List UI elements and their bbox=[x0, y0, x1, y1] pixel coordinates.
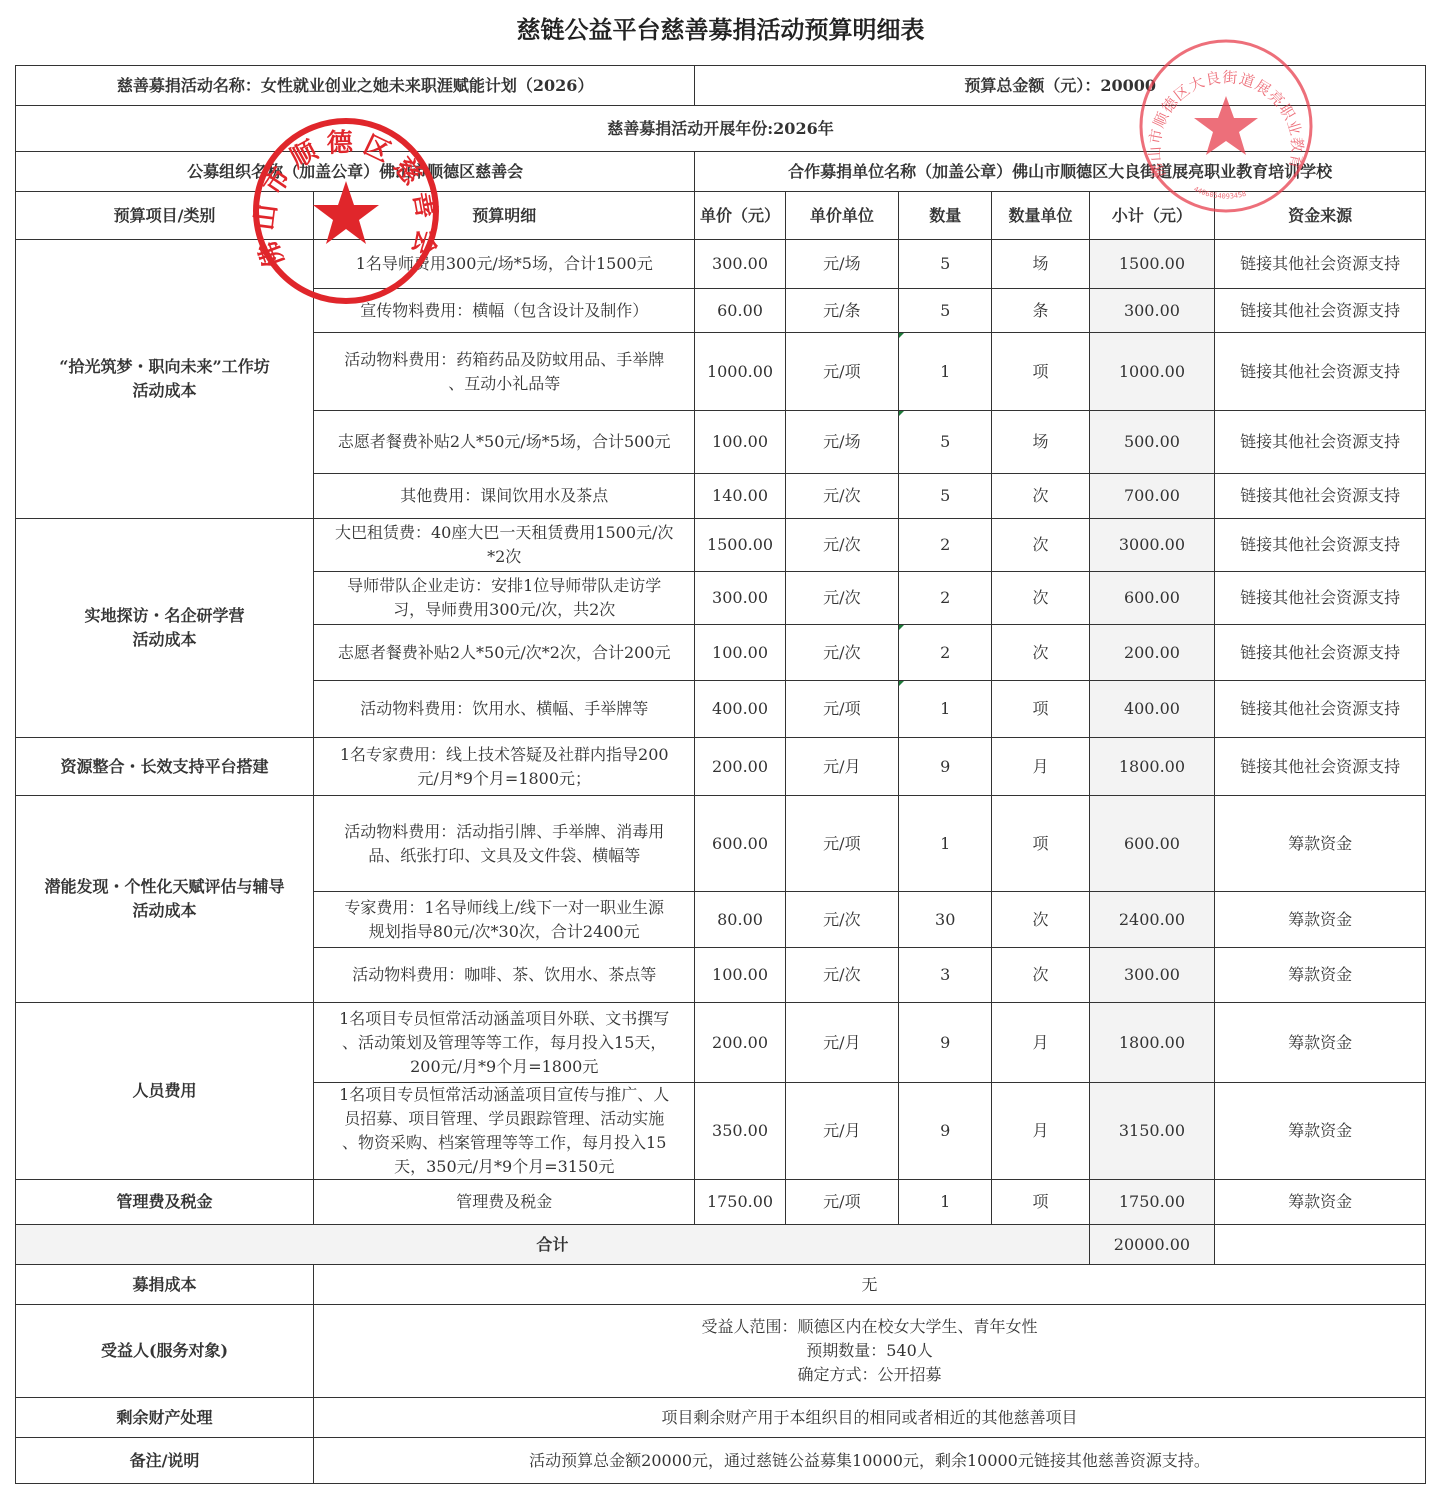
unit-price: 100.00 bbox=[695, 411, 785, 474]
subtotal-value: 400.00 bbox=[1124, 699, 1180, 718]
subtotal: 500.00 bbox=[1089, 411, 1214, 474]
text-line: 天，350元/月*9个月=3150元 bbox=[318, 1155, 690, 1179]
text-line: 200元/月*9个月=1800元 bbox=[318, 1055, 690, 1079]
column-header: 单价（元） bbox=[695, 192, 785, 240]
price-unit: 元/项 bbox=[785, 333, 898, 411]
text-line: 活动物料费用：活动指引牌、手举牌、消毒用 bbox=[318, 820, 690, 844]
quantity-value: 1 bbox=[940, 699, 950, 718]
quantity: 9 bbox=[899, 1083, 992, 1180]
budget-detail: 活动物料费用：饮用水、横幅、手举牌等 bbox=[314, 681, 695, 738]
fund-source: 链接其他社会资源支持 bbox=[1215, 681, 1426, 738]
budget-category: 管理费及税金 bbox=[16, 1180, 314, 1225]
price-unit: 元/场 bbox=[785, 411, 898, 474]
text-line: 、物资采购、档案管理等等工作，每月投入15 bbox=[318, 1131, 690, 1155]
price-unit: 元/场 bbox=[785, 240, 898, 289]
unit-price: 80.00 bbox=[695, 892, 785, 948]
text-line: 员招募、项目管理、学员跟踪管理、活动实施 bbox=[318, 1107, 690, 1131]
price-unit-value: 元/场 bbox=[823, 432, 860, 451]
unit-price-value: 300.00 bbox=[712, 254, 768, 273]
quantity-value: 3 bbox=[940, 965, 950, 984]
quantity-unit: 次 bbox=[992, 519, 1089, 572]
text-line: 导师带队企业走访：安排1位导师带队走访学 bbox=[318, 574, 690, 598]
budget-detail: 专家费用：1名导师线上/线下一对一职业生源规划指导80元/次*30次，合计240… bbox=[314, 892, 695, 948]
fund-source-value: 链接其他社会资源支持 bbox=[1240, 486, 1400, 505]
price-unit-value: 元/次 bbox=[823, 910, 860, 929]
footer-row: 受益人(服务对象)受益人范围：顺德区内在校女大学生、青年女性预期数量：540人确… bbox=[16, 1305, 1426, 1398]
unit-price: 400.00 bbox=[695, 681, 785, 738]
footer-label: 受益人(服务对象) bbox=[16, 1305, 314, 1398]
budget-detail: 宣传物料费用：横幅（包含设计及制作） bbox=[314, 289, 695, 333]
unit-price: 1500.00 bbox=[695, 519, 785, 572]
unit-price: 1750.00 bbox=[695, 1180, 785, 1225]
quantity-unit-value: 项 bbox=[1033, 834, 1049, 853]
quantity-value: 2 bbox=[940, 588, 950, 607]
unit-price-value: 1500.00 bbox=[707, 535, 773, 554]
price-unit: 元/次 bbox=[785, 625, 898, 681]
partner-name: 合作募捐单位名称（加盖公章）佛山市顺德区大良街道展亮职业教育培训学校 bbox=[695, 152, 1426, 192]
quantity: 5 bbox=[899, 474, 992, 519]
budget-detail: 大巴租赁费：40座大巴一天租赁费用1500元/次*2次 bbox=[314, 519, 695, 572]
footer-label: 剩余财产处理 bbox=[16, 1398, 314, 1438]
total-empty bbox=[1215, 1225, 1426, 1265]
quantity-unit: 条 bbox=[992, 289, 1089, 333]
subtotal-value: 1800.00 bbox=[1119, 757, 1185, 776]
fund-source: 筹款资金 bbox=[1215, 1003, 1426, 1083]
budget-category: 人员费用 bbox=[16, 1003, 314, 1180]
price-unit: 元/条 bbox=[785, 289, 898, 333]
footer-value: 项目剩余财产用于本组织目的相同或者相近的其他慈善项目 bbox=[314, 1398, 1426, 1438]
subtotal-value: 1750.00 bbox=[1119, 1192, 1185, 1211]
quantity-unit-value: 月 bbox=[1033, 1033, 1049, 1052]
price-unit-value: 元/次 bbox=[823, 486, 860, 505]
quantity-value: 5 bbox=[940, 486, 950, 505]
quantity-value: 5 bbox=[940, 301, 950, 320]
quantity-unit-value: 场 bbox=[1033, 432, 1049, 451]
budget-category: 潜能发现・个性化天赋评估与辅导活动成本 bbox=[16, 796, 314, 1003]
price-unit-value: 元/条 bbox=[823, 301, 860, 320]
quantity-unit: 次 bbox=[992, 625, 1089, 681]
unit-price-value: 140.00 bbox=[712, 486, 768, 505]
fund-source: 链接其他社会资源支持 bbox=[1215, 738, 1426, 796]
quantity-unit-value: 月 bbox=[1033, 757, 1049, 776]
quantity-unit-value: 项 bbox=[1033, 699, 1049, 718]
fund-source-value: 筹款资金 bbox=[1288, 910, 1352, 929]
price-unit-value: 元/项 bbox=[823, 834, 860, 853]
unit-price-value: 80.00 bbox=[717, 910, 763, 929]
text-line: 活动物料费用：饮用水、横幅、手举牌等 bbox=[318, 697, 690, 721]
fund-source-value: 筹款资金 bbox=[1288, 1192, 1352, 1211]
quantity-unit: 项 bbox=[992, 333, 1089, 411]
price-unit-value: 元/项 bbox=[823, 699, 860, 718]
price-unit: 元/项 bbox=[785, 681, 898, 738]
subtotal: 300.00 bbox=[1089, 948, 1214, 1003]
quantity-unit-value: 条 bbox=[1033, 301, 1049, 320]
unit-price: 140.00 bbox=[695, 474, 785, 519]
price-unit-value: 元/月 bbox=[823, 1121, 860, 1140]
quantity: 9 bbox=[899, 1003, 992, 1083]
unit-price: 100.00 bbox=[695, 948, 785, 1003]
subtotal: 1500.00 bbox=[1089, 240, 1214, 289]
unit-price-value: 350.00 bbox=[712, 1121, 768, 1140]
text-line: 品、纸张打印、文具及文件袋、横幅等 bbox=[318, 844, 690, 868]
table-row: 管理费及税金管理费及税金1750.00元/项1项1750.00筹款资金 bbox=[16, 1180, 1426, 1225]
quantity: 9 bbox=[899, 738, 992, 796]
quantity-unit: 项 bbox=[992, 681, 1089, 738]
total-label: 合计 bbox=[16, 1225, 1090, 1265]
budget-detail: 活动物料费用：咖啡、茶、饮用水、茶点等 bbox=[314, 948, 695, 1003]
subtotal: 600.00 bbox=[1089, 796, 1214, 892]
quantity: 5 bbox=[899, 411, 992, 474]
quantity: 2 bbox=[899, 625, 992, 681]
activity-year: 慈善募捐活动开展年份:2026年 bbox=[16, 106, 1426, 152]
subtotal-value: 1800.00 bbox=[1119, 1033, 1185, 1052]
quantity-value: 5 bbox=[940, 432, 950, 451]
unit-price-value: 1750.00 bbox=[707, 1192, 773, 1211]
quantity: 1 bbox=[899, 796, 992, 892]
subtotal: 1800.00 bbox=[1089, 738, 1214, 796]
text-line: 活动物料费用：药箱药品及防蚊用品、手举牌 bbox=[318, 348, 690, 372]
unit-price-value: 1000.00 bbox=[707, 362, 773, 381]
column-header: 预算明细 bbox=[314, 192, 695, 240]
subtotal-value: 600.00 bbox=[1124, 588, 1180, 607]
text-line: 潜能发现・个性化天赋评估与辅导 bbox=[20, 875, 309, 899]
quantity-value: 5 bbox=[940, 254, 950, 273]
budget-detail: 其他费用：课间饮用水及茶点 bbox=[314, 474, 695, 519]
column-header-row: 预算项目/类别预算明细单价（元）单价单位数量数量单位小计（元）资金来源 bbox=[16, 192, 1426, 240]
quantity-value: 2 bbox=[940, 535, 950, 554]
quantity-unit-value: 次 bbox=[1033, 486, 1049, 505]
unit-price-value: 400.00 bbox=[712, 699, 768, 718]
text-line: 管理费及税金 bbox=[20, 1190, 309, 1214]
fund-source-value: 链接其他社会资源支持 bbox=[1240, 432, 1400, 451]
text-line: 活动预算总金额20000元，通过慈链公益募集10000元，剩余10000元链接其… bbox=[318, 1449, 1421, 1473]
price-unit: 元/次 bbox=[785, 474, 898, 519]
quantity-unit-value: 次 bbox=[1033, 535, 1049, 554]
unit-price: 1000.00 bbox=[695, 333, 785, 411]
quantity-unit-value: 次 bbox=[1033, 965, 1049, 984]
unit-price: 60.00 bbox=[695, 289, 785, 333]
subtotal: 400.00 bbox=[1089, 681, 1214, 738]
text-line: 无 bbox=[318, 1273, 1421, 1297]
column-header: 单价单位 bbox=[785, 192, 898, 240]
column-header: 资金来源 bbox=[1215, 192, 1426, 240]
cell-comment-flag-icon bbox=[899, 681, 904, 686]
quantity-unit-value: 次 bbox=[1033, 588, 1049, 607]
unit-price-value: 200.00 bbox=[712, 757, 768, 776]
quantity-unit-value: 次 bbox=[1033, 643, 1049, 662]
fund-source: 链接其他社会资源支持 bbox=[1215, 572, 1426, 625]
fund-source: 链接其他社会资源支持 bbox=[1215, 474, 1426, 519]
subtotal: 200.00 bbox=[1089, 625, 1214, 681]
quantity-unit: 次 bbox=[992, 474, 1089, 519]
quantity-unit: 次 bbox=[992, 572, 1089, 625]
table-row: 实地探访・名企研学营活动成本大巴租赁费：40座大巴一天租赁费用1500元/次*2… bbox=[16, 519, 1426, 572]
unit-price-value: 300.00 bbox=[712, 588, 768, 607]
quantity-unit-value: 次 bbox=[1033, 910, 1049, 929]
budget-detail: 1名导师费用300元/场*5场，合计1500元 bbox=[314, 240, 695, 289]
subtotal: 1000.00 bbox=[1089, 333, 1214, 411]
price-unit: 元/项 bbox=[785, 796, 898, 892]
quantity: 1 bbox=[899, 333, 992, 411]
quantity-unit: 次 bbox=[992, 948, 1089, 1003]
budget-table: 慈善募捐活动名称：女性就业创业之她未来职涯赋能计划（2026） 预算总金额（元）… bbox=[15, 65, 1426, 1484]
activity-name: 慈善募捐活动名称：女性就业创业之她未来职涯赋能计划（2026） bbox=[16, 66, 695, 106]
quantity-unit: 月 bbox=[992, 1083, 1089, 1180]
unit-price-value: 600.00 bbox=[712, 834, 768, 853]
quantity-value: 9 bbox=[940, 1121, 950, 1140]
quantity-unit: 次 bbox=[992, 892, 1089, 948]
text-line: 受益人范围：顺德区内在校女大学生、青年女性 bbox=[318, 1315, 1421, 1339]
price-unit-value: 元/项 bbox=[823, 362, 860, 381]
text-line: 专家费用：1名导师线上/线下一对一职业生源 bbox=[318, 896, 690, 920]
column-header: 数量 bbox=[899, 192, 992, 240]
footer-value: 无 bbox=[314, 1265, 1426, 1305]
price-unit-value: 元/项 bbox=[823, 1192, 860, 1211]
subtotal: 3150.00 bbox=[1089, 1083, 1214, 1180]
subtotal-value: 700.00 bbox=[1124, 486, 1180, 505]
fund-source: 链接其他社会资源支持 bbox=[1215, 411, 1426, 474]
budget-detail: 1名专家费用：线上技术答疑及社群内指导200元/月*9个月=1800元； bbox=[314, 738, 695, 796]
budget-detail: 管理费及税金 bbox=[314, 1180, 695, 1225]
subtotal: 3000.00 bbox=[1089, 519, 1214, 572]
unit-price-value: 100.00 bbox=[712, 432, 768, 451]
fund-source: 链接其他社会资源支持 bbox=[1215, 625, 1426, 681]
quantity-unit-value: 场 bbox=[1033, 254, 1049, 273]
text-line: 活动物料费用：咖啡、茶、饮用水、茶点等 bbox=[318, 963, 690, 987]
unit-price-value: 100.00 bbox=[712, 643, 768, 662]
budget-category: “拾光筑梦・职向未来”工作坊活动成本 bbox=[16, 240, 314, 519]
unit-price: 300.00 bbox=[695, 240, 785, 289]
text-line: 习，导师费用300元/次，共2次 bbox=[318, 598, 690, 622]
text-line: 规划指导80元/次*30次，合计2400元 bbox=[318, 920, 690, 944]
unit-price: 200.00 bbox=[695, 1003, 785, 1083]
quantity-unit: 项 bbox=[992, 796, 1089, 892]
total-row: 合计20000.00 bbox=[16, 1225, 1426, 1265]
quantity-unit-value: 项 bbox=[1033, 362, 1049, 381]
text-line: 项目剩余财产用于本组织目的相同或者相近的其他慈善项目 bbox=[318, 1406, 1421, 1430]
quantity-unit: 月 bbox=[992, 738, 1089, 796]
quantity: 2 bbox=[899, 519, 992, 572]
table-row: 人员费用1名项目专员恒常活动涵盖项目外联、文书撰写、活动策划及管理等等工作，每月… bbox=[16, 1003, 1426, 1083]
subtotal: 1750.00 bbox=[1089, 1180, 1214, 1225]
text-line: 1名导师费用300元/场*5场，合计1500元 bbox=[318, 252, 690, 276]
page-title: 慈链公益平台慈善募捐活动预算明细表 bbox=[0, 8, 1441, 52]
quantity: 1 bbox=[899, 681, 992, 738]
subtotal: 2400.00 bbox=[1089, 892, 1214, 948]
text-line: 元/月*9个月=1800元； bbox=[318, 767, 690, 791]
price-unit: 元/月 bbox=[785, 1003, 898, 1083]
price-unit: 元/次 bbox=[785, 572, 898, 625]
budget-detail: 活动物料费用：药箱药品及防蚊用品、手举牌、互动小礼品等 bbox=[314, 333, 695, 411]
fund-source-value: 链接其他社会资源支持 bbox=[1240, 362, 1400, 381]
price-unit: 元/月 bbox=[785, 1083, 898, 1180]
subtotal-value: 300.00 bbox=[1124, 965, 1180, 984]
unit-price: 600.00 bbox=[695, 796, 785, 892]
subtotal-value: 2400.00 bbox=[1119, 910, 1185, 929]
fund-source-value: 筹款资金 bbox=[1288, 834, 1352, 853]
price-unit: 元/次 bbox=[785, 948, 898, 1003]
footer-row: 备注/说明活动预算总金额20000元，通过慈链公益募集10000元，剩余1000… bbox=[16, 1438, 1426, 1484]
footer-row: 剩余财产处理项目剩余财产用于本组织目的相同或者相近的其他慈善项目 bbox=[16, 1398, 1426, 1438]
unit-price-value: 100.00 bbox=[712, 965, 768, 984]
text-line: 宣传物料费用：横幅（包含设计及制作） bbox=[318, 299, 690, 323]
fund-source-value: 链接其他社会资源支持 bbox=[1240, 535, 1400, 554]
fund-source: 筹款资金 bbox=[1215, 892, 1426, 948]
subtotal: 600.00 bbox=[1089, 572, 1214, 625]
quantity-value: 1 bbox=[940, 834, 950, 853]
quantity-unit: 场 bbox=[992, 240, 1089, 289]
unit-price: 350.00 bbox=[695, 1083, 785, 1180]
footer-row: 募捐成本无 bbox=[16, 1265, 1426, 1305]
quantity: 2 bbox=[899, 572, 992, 625]
quantity: 5 bbox=[899, 240, 992, 289]
table-row: 资源整合・长效支持平台搭建1名专家费用：线上技术答疑及社群内指导200元/月*9… bbox=[16, 738, 1426, 796]
budget-detail: 1名项目专员恒常活动涵盖项目宣传与推广、人员招募、项目管理、学员跟踪管理、活动实… bbox=[314, 1083, 695, 1180]
unit-price-value: 200.00 bbox=[712, 1033, 768, 1052]
text-line: 、活动策划及管理等等工作，每月投入15天， bbox=[318, 1031, 690, 1055]
subtotal-value: 600.00 bbox=[1124, 834, 1180, 853]
total-value: 20000.00 bbox=[1089, 1225, 1214, 1265]
subtotal-value: 1500.00 bbox=[1119, 254, 1185, 273]
price-unit: 元/项 bbox=[785, 1180, 898, 1225]
quantity-value: 2 bbox=[940, 643, 950, 662]
text-line: 大巴租赁费：40座大巴一天租赁费用1500元/次 bbox=[318, 521, 690, 545]
budget-category: 资源整合・长效支持平台搭建 bbox=[16, 738, 314, 796]
subtotal-value: 3000.00 bbox=[1119, 535, 1185, 554]
subtotal-value: 1000.00 bbox=[1119, 362, 1185, 381]
footer-label: 备注/说明 bbox=[16, 1438, 314, 1484]
text-line: 1名项目专员恒常活动涵盖项目外联、文书撰写 bbox=[318, 1007, 690, 1031]
column-header: 预算项目/类别 bbox=[16, 192, 314, 240]
fund-source-value: 筹款资金 bbox=[1288, 965, 1352, 984]
subtotal-value: 200.00 bbox=[1124, 643, 1180, 662]
budget-detail: 活动物料费用：活动指引牌、手举牌、消毒用品、纸张打印、文具及文件袋、横幅等 bbox=[314, 796, 695, 892]
cell-comment-flag-icon bbox=[899, 411, 904, 416]
quantity: 30 bbox=[899, 892, 992, 948]
organizer-name: 公募组织名称（加盖公章）佛山市顺德区慈善会 bbox=[16, 152, 695, 192]
footer-value: 受益人范围：顺德区内在校女大学生、青年女性预期数量：540人确定方式：公开招募 bbox=[314, 1305, 1426, 1398]
price-unit-value: 元/次 bbox=[823, 643, 860, 662]
text-line: 其他费用：课间饮用水及茶点 bbox=[318, 484, 690, 508]
fund-source: 链接其他社会资源支持 bbox=[1215, 289, 1426, 333]
footer-value: 活动预算总金额20000元，通过慈链公益募集10000元，剩余10000元链接其… bbox=[314, 1438, 1426, 1484]
fund-source-value: 筹款资金 bbox=[1288, 1121, 1352, 1140]
price-unit: 元/次 bbox=[785, 519, 898, 572]
unit-price: 300.00 bbox=[695, 572, 785, 625]
quantity-value: 1 bbox=[940, 1192, 950, 1211]
text-line: 1名项目专员恒常活动涵盖项目宣传与推广、人 bbox=[318, 1083, 690, 1107]
budget-category: 实地探访・名企研学营活动成本 bbox=[16, 519, 314, 738]
text-line: 人员费用 bbox=[20, 1079, 309, 1103]
quantity-unit: 项 bbox=[992, 1180, 1089, 1225]
fund-source-value: 链接其他社会资源支持 bbox=[1240, 699, 1400, 718]
fund-source-value: 链接其他社会资源支持 bbox=[1240, 254, 1400, 273]
price-unit-value: 元/月 bbox=[823, 1033, 860, 1052]
fund-source-value: 筹款资金 bbox=[1288, 1033, 1352, 1052]
unit-price-value: 60.00 bbox=[717, 301, 763, 320]
quantity-value: 9 bbox=[940, 757, 950, 776]
text-line: 活动成本 bbox=[20, 379, 309, 403]
quantity-unit-value: 项 bbox=[1033, 1192, 1049, 1211]
text-line: 、互动小礼品等 bbox=[318, 372, 690, 396]
budget-detail: 志愿者餐费补贴2人*50元/次*2次，合计200元 bbox=[314, 625, 695, 681]
price-unit-value: 元/场 bbox=[823, 254, 860, 273]
fund-source-value: 链接其他社会资源支持 bbox=[1240, 757, 1400, 776]
price-unit: 元/月 bbox=[785, 738, 898, 796]
fund-source: 筹款资金 bbox=[1215, 1083, 1426, 1180]
quantity-unit: 月 bbox=[992, 1003, 1089, 1083]
price-unit-value: 元/次 bbox=[823, 535, 860, 554]
fund-source-value: 链接其他社会资源支持 bbox=[1240, 643, 1400, 662]
fund-source: 链接其他社会资源支持 bbox=[1215, 519, 1426, 572]
text-line: 预期数量：540人 bbox=[318, 1339, 1421, 1363]
text-line: 管理费及税金 bbox=[318, 1190, 690, 1214]
quantity-value: 9 bbox=[940, 1033, 950, 1052]
footer-label: 募捐成本 bbox=[16, 1265, 314, 1305]
fund-source-value: 链接其他社会资源支持 bbox=[1240, 301, 1400, 320]
cell-comment-flag-icon bbox=[899, 333, 904, 338]
fund-source: 筹款资金 bbox=[1215, 1180, 1426, 1225]
total-budget: 预算总金额（元）：20000 bbox=[695, 66, 1426, 106]
text-line: 实地探访・名企研学营 bbox=[20, 604, 309, 628]
quantity-unit-value: 月 bbox=[1033, 1121, 1049, 1140]
quantity: 5 bbox=[899, 289, 992, 333]
fund-source: 链接其他社会资源支持 bbox=[1215, 240, 1426, 289]
fund-source: 筹款资金 bbox=[1215, 948, 1426, 1003]
unit-price: 200.00 bbox=[695, 738, 785, 796]
text-line: “拾光筑梦・职向未来”工作坊 bbox=[20, 355, 309, 379]
text-line: 1名专家费用：线上技术答疑及社群内指导200 bbox=[318, 743, 690, 767]
quantity: 1 bbox=[899, 1180, 992, 1225]
quantity-value: 30 bbox=[935, 910, 955, 929]
budget-detail: 1名项目专员恒常活动涵盖项目外联、文书撰写、活动策划及管理等等工作，每月投入15… bbox=[314, 1003, 695, 1083]
quantity-value: 1 bbox=[940, 362, 950, 381]
quantity-unit: 场 bbox=[992, 411, 1089, 474]
subtotal: 300.00 bbox=[1089, 289, 1214, 333]
table-row: 潜能发现・个性化天赋评估与辅导活动成本活动物料费用：活动指引牌、手举牌、消毒用品… bbox=[16, 796, 1426, 892]
text-line: *2次 bbox=[318, 545, 690, 569]
subtotal-value: 300.00 bbox=[1124, 301, 1180, 320]
text-line: 志愿者餐费补贴2人*50元/场*5场，合计500元 bbox=[318, 430, 690, 454]
text-line: 资源整合・长效支持平台搭建 bbox=[20, 755, 309, 779]
text-line: 志愿者餐费补贴2人*50元/次*2次，合计200元 bbox=[318, 641, 690, 665]
text-line: 活动成本 bbox=[20, 899, 309, 923]
subtotal-value: 500.00 bbox=[1124, 432, 1180, 451]
price-unit-value: 元/次 bbox=[823, 965, 860, 984]
quantity: 3 bbox=[899, 948, 992, 1003]
price-unit-value: 元/月 bbox=[823, 757, 860, 776]
price-unit: 元/次 bbox=[785, 892, 898, 948]
subtotal: 700.00 bbox=[1089, 474, 1214, 519]
cell-comment-flag-icon bbox=[899, 625, 904, 630]
fund-source-value: 链接其他社会资源支持 bbox=[1240, 588, 1400, 607]
column-header: 数量单位 bbox=[992, 192, 1089, 240]
subtotal-value: 3150.00 bbox=[1119, 1121, 1185, 1140]
budget-detail: 志愿者餐费补贴2人*50元/场*5场，合计500元 bbox=[314, 411, 695, 474]
column-header: 小计（元） bbox=[1089, 192, 1214, 240]
table-row: “拾光筑梦・职向未来”工作坊活动成本1名导师费用300元/场*5场，合计1500… bbox=[16, 240, 1426, 289]
price-unit-value: 元/次 bbox=[823, 588, 860, 607]
text-line: 活动成本 bbox=[20, 628, 309, 652]
budget-detail: 导师带队企业走访：安排1位导师带队走访学习，导师费用300元/次，共2次 bbox=[314, 572, 695, 625]
text-line: 确定方式：公开招募 bbox=[318, 1363, 1421, 1387]
subtotal: 1800.00 bbox=[1089, 1003, 1214, 1083]
fund-source: 筹款资金 bbox=[1215, 796, 1426, 892]
unit-price: 100.00 bbox=[695, 625, 785, 681]
fund-source: 链接其他社会资源支持 bbox=[1215, 333, 1426, 411]
